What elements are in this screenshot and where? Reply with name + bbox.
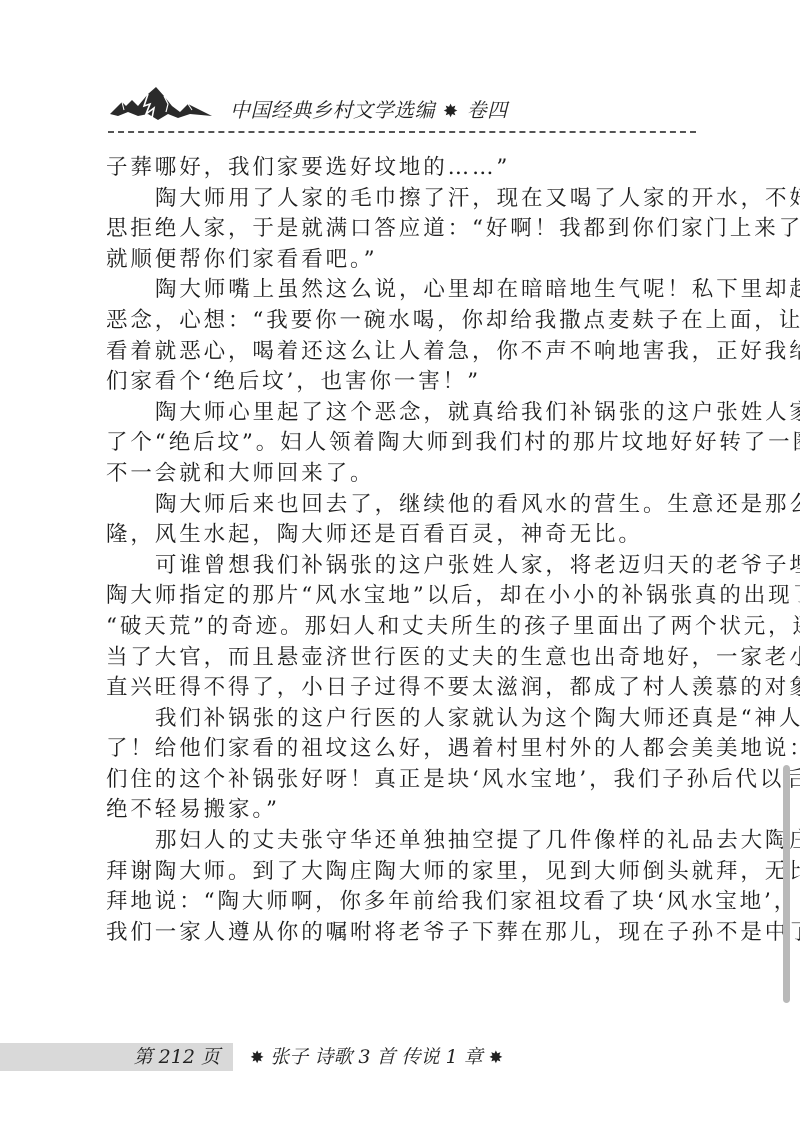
text-line: 当了大官，而且悬壶济世行医的丈夫的生意也出奇地好，一家老小简: [106, 643, 696, 674]
star-separator-icon: ✸: [443, 101, 459, 122]
text-line: 看着就恶心，喝着还这么让人着急，你不声不响地害我，正好我给你: [106, 337, 696, 368]
text-line: 就顺便帮你们家看看吧。”: [106, 245, 696, 276]
text-line: 我们一家人遵从你的嘱咐将老爷子下葬在那儿，现在子孙不是中了状: [106, 918, 696, 949]
text-line: 恶念，心想：“我要你一碗水喝，你却给我撒点麦麸子在上面，让我: [106, 306, 696, 337]
page-body-text: 子葬哪好，我们家要选好坟地的……”陶大师用了人家的毛巾擦了汗，现在又喝了人家的开…: [106, 153, 696, 948]
text-line: 了！给他们家看的祖坟这么好，遇着村里村外的人都会美美地说：“我: [106, 734, 696, 765]
page-number: 第 212 页: [120, 1043, 220, 1071]
mountain-icon: [108, 84, 216, 124]
text-line: 陶大师嘴上虽然这么说，心里却在暗暗地生气呢！私下里却起了: [106, 275, 696, 306]
text-line: 子葬哪好，我们家要选好坟地的……”: [106, 153, 696, 184]
star-icon-right: ✸: [489, 1048, 503, 1068]
text-line: 们家看个‘绝后坟’，也害你一害！”: [106, 367, 696, 398]
page-header: 中国经典乡村文学选编✸卷四: [108, 84, 698, 128]
text-line: “破天荒”的奇迹。那妇人和丈夫所生的孩子里面出了两个状元，还: [106, 612, 696, 643]
text-line: 拜谢陶大师。到了大陶庄陶大师的家里，见到大师倒头就拜，无比崇: [106, 857, 696, 888]
book-title: 中国经典乡村文学选编✸卷四: [230, 94, 508, 123]
text-line: 思拒绝人家，于是就满口答应道：“好啊！我都到你们家门上来了，: [106, 214, 696, 245]
text-line: 陶大师后来也回去了，继续他的看风水的营生。生意还是那么兴: [106, 490, 696, 521]
text-line: 直兴旺得不得了，小日子过得不要太滋润，都成了村人羡慕的对象了。: [106, 673, 696, 704]
footer-chapter-info: ✸ 张子 诗歌 3 首 传说 1 章 ✸: [250, 1043, 503, 1071]
text-line: 陶大师用了人家的毛巾擦了汗，现在又喝了人家的开水，不好意: [106, 184, 696, 215]
text-line: 隆，风生水起，陶大师还是百看百灵，神奇无比。: [106, 520, 696, 551]
text-line: 不一会就和大师回来了。: [106, 459, 696, 490]
text-line: 陶大师指定的那片“风水宝地”以后，却在小小的补锅张真的出现了: [106, 581, 696, 612]
text-line: 了个“绝后坟”。妇人领着陶大师到我们村的那片坟地好好转了一圈，: [106, 428, 696, 459]
text-line: 陶大师心里起了这个恶念，就真给我们补锅张的这户张姓人家看: [106, 398, 696, 429]
footer-info-text: 张子 诗歌 3 首 传说 1 章: [270, 1046, 482, 1068]
text-line: 拜地说：“陶大师啊，你多年前给我们家祖坟看了块‘风水宝地’，: [106, 887, 696, 918]
star-icon-left: ✸: [250, 1048, 264, 1068]
text-line: 绝不轻易搬家。”: [106, 795, 696, 826]
text-line: 我们补锅张的这户行医的人家就认为这个陶大师还真是“神人”: [106, 704, 696, 735]
text-line: 那妇人的丈夫张守华还单独抽空提了几件像样的礼品去大陶庄: [106, 826, 696, 857]
collection-title: 中国经典乡村文学选编: [230, 98, 435, 122]
volume-label: 卷四: [467, 98, 508, 122]
vertical-scrollbar[interactable]: [783, 765, 790, 1003]
text-line: 可谁曾想我们补锅张的这户张姓人家，将老迈归天的老爷子埋到: [106, 551, 696, 582]
text-line: 们住的这个补锅张好呀！真正是块‘风水宝地’，我们子孙后代以后: [106, 765, 696, 796]
header-divider: [108, 131, 696, 133]
